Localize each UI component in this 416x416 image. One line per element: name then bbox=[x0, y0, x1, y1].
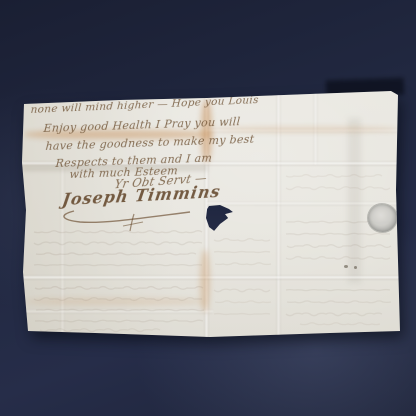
photo-background: none will mind higher — Hope you Louis E… bbox=[0, 0, 416, 416]
fold-crease-horizontal-lower bbox=[22, 275, 400, 280]
ink-fleck-2 bbox=[354, 266, 357, 269]
ink-fleck-1 bbox=[344, 265, 348, 268]
handwritten-line-1: none will mind higher — Hope you Louis bbox=[30, 94, 259, 116]
letter-paper-wrap: none will mind higher — Hope you Louis E… bbox=[0, 0, 416, 416]
signature: Joseph Timmins bbox=[61, 182, 222, 209]
fold-crease-horizontal-bottom bbox=[23, 309, 213, 314]
torn-hole bbox=[206, 203, 234, 233]
wax-seal-remnant bbox=[368, 204, 397, 232]
fold-crease-vertical-left bbox=[60, 163, 65, 333]
fold-crease-horizontal-right bbox=[207, 201, 398, 206]
rust-stain-band-bottom bbox=[26, 298, 206, 305]
letter-paper: none will mind higher — Hope you Louis E… bbox=[0, 0, 416, 416]
